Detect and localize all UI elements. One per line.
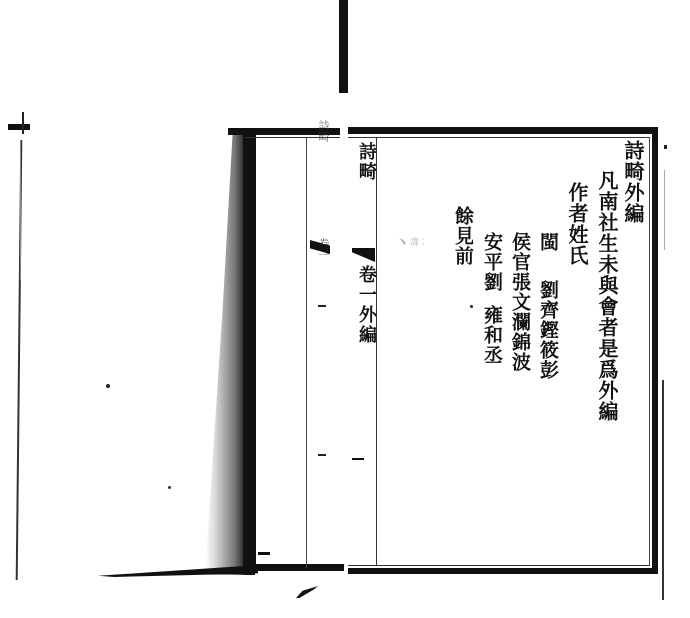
- left-page-edge-faint: [20, 140, 21, 280]
- main-page-inner-top-line: [348, 137, 650, 138]
- author-3-place: 安平劉: [481, 232, 503, 292]
- brush-ink-mark: [296, 586, 318, 598]
- binding-bar: [339, 0, 348, 93]
- middle-page-tick: [318, 454, 326, 456]
- middle-page-juan: 卷一: [313, 238, 329, 260]
- bottom-ink-smear: [98, 565, 258, 577]
- ink-speck: [470, 305, 473, 308]
- author-1-name: 劉齊鏗筱彭: [537, 280, 559, 380]
- banxin-title: 詩畸: [356, 142, 376, 182]
- left-page-corner-mark-vertical: [22, 112, 24, 134]
- bleed-through-marks: ﹅ 壽 ⁚: [398, 238, 458, 294]
- middle-page-title: 詩畸: [313, 120, 329, 142]
- banxin-page-mark: [352, 458, 364, 460]
- section-title: 詩畸外編: [622, 140, 644, 224]
- author-3-name: 雍和丞: [481, 305, 503, 365]
- main-page-inner-bottom-line: [348, 565, 650, 566]
- banxin-juan: 卷一外編: [356, 265, 376, 345]
- author-2: 侯官張文瀾錦波: [509, 232, 531, 372]
- ink-speck: [168, 486, 171, 489]
- right-page-edge: [662, 380, 664, 600]
- banxin-divider: [376, 137, 377, 565]
- left-page-corner-mark: [8, 124, 30, 130]
- author-1-place: 閩: [537, 232, 559, 252]
- middle-page-banxin-line: [306, 138, 307, 568]
- right-page-edge-faint: [664, 170, 665, 250]
- intro-line: 凡南社生未與會者是爲外編: [596, 170, 618, 422]
- middle-page-tick: [318, 305, 326, 307]
- middle-page-bottom-border: [250, 564, 345, 571]
- spine-gap: [344, 120, 348, 590]
- ink-speck: [664, 145, 667, 149]
- main-page-inner-right-line: [649, 137, 650, 566]
- gutter-border: [243, 135, 256, 567]
- ink-mark: [258, 552, 270, 555]
- left-page-edge: [16, 140, 23, 580]
- author-heading: 作者姓氏: [566, 182, 588, 266]
- ink-speck: [106, 384, 110, 388]
